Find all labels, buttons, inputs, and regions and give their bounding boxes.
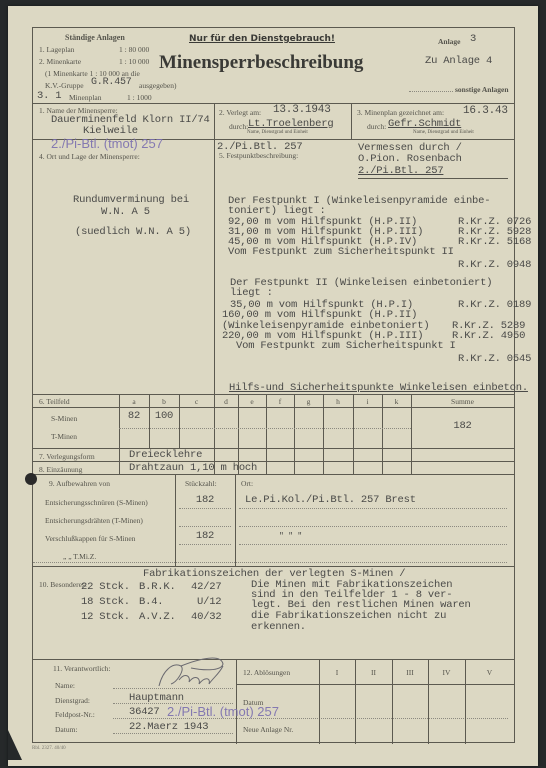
col-header: b: [149, 397, 179, 406]
page-title: Minensperrbeschreibung: [159, 52, 363, 74]
plan-drawn-date: 16.3.43: [463, 105, 508, 117]
fp-ref: R.Kr.Z. 5168: [458, 236, 531, 248]
storage-row-count: 182: [175, 530, 235, 542]
sum-header: Summe: [411, 397, 514, 406]
storage-row-place: Le.Pi.Kol./Pi.Btl. 257 Brest: [245, 494, 416, 506]
col-header: f: [266, 397, 294, 406]
drawn-by-label: durch:: [367, 122, 386, 131]
fieldpost-label: Feldpost-Nr.:: [55, 710, 95, 719]
col-header: i: [353, 397, 382, 406]
folded-corner: [8, 730, 22, 760]
date-label: Datum:: [55, 725, 78, 734]
marking-code: B.R.K.: [139, 581, 176, 593]
fp-line: Vom Festpunkt zum Sicherheitspunkt II: [228, 246, 454, 258]
laying-form-value: Dreiecklehre: [129, 449, 202, 461]
fp-ref: R.Kr.Z. 0948: [458, 259, 531, 271]
fp-ref: R.Kr.Z. 0545: [458, 353, 531, 365]
relief-col: III: [392, 668, 428, 677]
relief-col: II: [355, 668, 392, 677]
standing-annexes-title: Ständige Anlagen: [65, 33, 125, 42]
storage-row-label: Entsicherungsschnüren (S-Minen): [45, 498, 148, 507]
laid-by-value: Lt.Troelenberg: [248, 118, 333, 130]
note-line: erkennen.: [251, 621, 306, 633]
sum-value: 182: [411, 420, 514, 432]
annex-2-label: 2. Minenkarte: [39, 57, 81, 66]
rank-label: Dienstgrad:: [55, 696, 90, 705]
fieldpost-value: 36427: [129, 706, 160, 718]
storage-row-label: Entsicherungsdrähten (T-Minen): [45, 516, 143, 525]
relief-col: V: [465, 668, 514, 677]
annex-2-scale: 1 : 10 000: [119, 57, 149, 66]
s-mines-label: S-Minen: [51, 414, 77, 423]
col-header: d: [214, 397, 238, 406]
section12-label: 12. Ablösungen: [243, 668, 290, 677]
annex-note-group: G.R.457: [91, 77, 132, 88]
storage-row-label: Verschlußkappen für S-Minen: [45, 534, 135, 543]
laid-by-label: durch:: [229, 122, 248, 131]
fp-line: liegt :: [230, 287, 273, 299]
col-header: g: [294, 397, 323, 406]
section11-label: 11. Verantwortlich:: [53, 664, 111, 673]
unit-stamp-top: 2./Pi-Btl. (tmot) 257: [51, 136, 163, 151]
annex-note-2a: K.V.-Gruppe: [45, 81, 84, 90]
fencing-value: Drahtzaun 1,10 m hoch: [129, 462, 257, 474]
annex-1-scale: 1 : 80 000: [119, 45, 149, 54]
fp-ref: R.Kr.Z. 4950: [452, 330, 525, 342]
laid-date: 13.3.1943: [273, 104, 331, 116]
marking-code: B.4.: [139, 596, 163, 608]
sonstige-anlagen-label: sonstige Anlagen: [455, 85, 509, 94]
anlage-label: Anlage: [438, 37, 461, 46]
subfield-label: 6. Teilfeld: [39, 397, 70, 406]
surveyed-by-3: 2./Pi.Btl. 257: [358, 165, 443, 177]
fixed-point-description: Der Festpunkt I (Winkeleisenpyramide ein…: [228, 195, 518, 385]
s-mines-b: 100: [149, 410, 179, 422]
relief-col: I: [319, 668, 355, 677]
punch-hole: [25, 473, 37, 485]
place-header: Ort:: [241, 479, 253, 488]
annex-3-number: 3. 1: [37, 90, 61, 102]
surveyed-by-2: O.Pion. Rosenbach: [358, 153, 462, 165]
restricted-notice: Nur für den Dienstgebrauch!: [189, 34, 335, 44]
signature: [151, 656, 241, 692]
zu-anlage: Zu Anlage 4: [425, 55, 492, 67]
drawn-by-value: Gefr.Schmidt: [388, 118, 461, 130]
col-header: c: [179, 397, 214, 406]
new-annex-label: Neue Anlage Nr.: [243, 725, 293, 734]
annex-1-label: 1. Lageplan: [39, 45, 74, 54]
date-value: 22.Maerz 1943: [129, 721, 208, 733]
fp-line: Vom Festpunkt zum Sicherheitspunkt I: [236, 340, 456, 352]
col-header: a: [119, 397, 149, 406]
annex-3-label: Minenplan: [69, 93, 102, 102]
subfield-table: 6. Teilfeld a b c d e f g h i k Summe S-…: [33, 394, 514, 474]
marking-qty: 18 Stck.: [81, 596, 130, 608]
marking-qty: 22 Stck.: [81, 581, 130, 593]
s-mines-a: 82: [119, 410, 149, 422]
name-label: Name:: [55, 681, 75, 690]
storage-row-place: ″ ″ ″: [279, 532, 302, 541]
location-line3: (suedlich W.N. A 5): [75, 226, 191, 238]
count-header: Stückzahl:: [185, 479, 217, 488]
fp-ref: R.Kr.Z. 0189: [458, 299, 531, 311]
storage-row-count: 182: [175, 494, 235, 506]
anlage-value: 3: [470, 33, 476, 45]
mine-barrier-form: Ständige Anlagen 1. Lageplan 1 : 80 000 …: [32, 27, 515, 743]
col-header: k: [382, 397, 411, 406]
relief-col: IV: [428, 668, 465, 677]
location-line1: Rundumverminung bei: [73, 194, 189, 206]
section5-footer: Hilfs-und Sicherheitspunkte Winkeleisen …: [229, 382, 528, 394]
fencing-label: 8. Einzäunung: [39, 465, 82, 474]
marking-lot: U/12: [197, 596, 221, 608]
drawn-by-caption: Name, Dienstgrad und Einheit: [413, 130, 474, 135]
section3-label: 3. Minenplan gezeichnet am:: [357, 108, 444, 117]
marking-lot: 42/27: [191, 581, 222, 593]
marking-code: A.V.Z.: [139, 611, 176, 623]
marking-qty: 12 Stck.: [81, 611, 130, 623]
laying-form-label: 7. Verlegungsform: [39, 452, 95, 461]
print-code: Rbl. 2327. 40/40: [32, 746, 66, 751]
section10-label: 10. Besonderes:: [39, 580, 87, 589]
section4-label: 4. Ort und Lage der Minensperre:: [39, 152, 140, 161]
section9-label: 9. Aufbewahren von: [49, 479, 110, 488]
laid-by-caption: Name, Dienstgrad und Einheit: [247, 130, 308, 135]
annex-note-2b: ausgegeben): [139, 81, 176, 90]
section5-label: 5. Festpunktbeschreibung:: [219, 151, 298, 160]
section2-label: 2. Verlegt am:: [219, 108, 261, 117]
location-line2: W.N. A 5: [101, 206, 150, 218]
col-header: h: [323, 397, 353, 406]
marking-lot: 40/32: [191, 611, 222, 623]
relief-date-label: Datum: [243, 698, 263, 707]
t-mines-label: T-Minen: [51, 432, 77, 441]
annex-3-scale: 1 : 1000: [127, 93, 152, 102]
storage-row-label: „ „ T.Mi.Z.: [63, 552, 96, 561]
col-header: e: [238, 397, 266, 406]
